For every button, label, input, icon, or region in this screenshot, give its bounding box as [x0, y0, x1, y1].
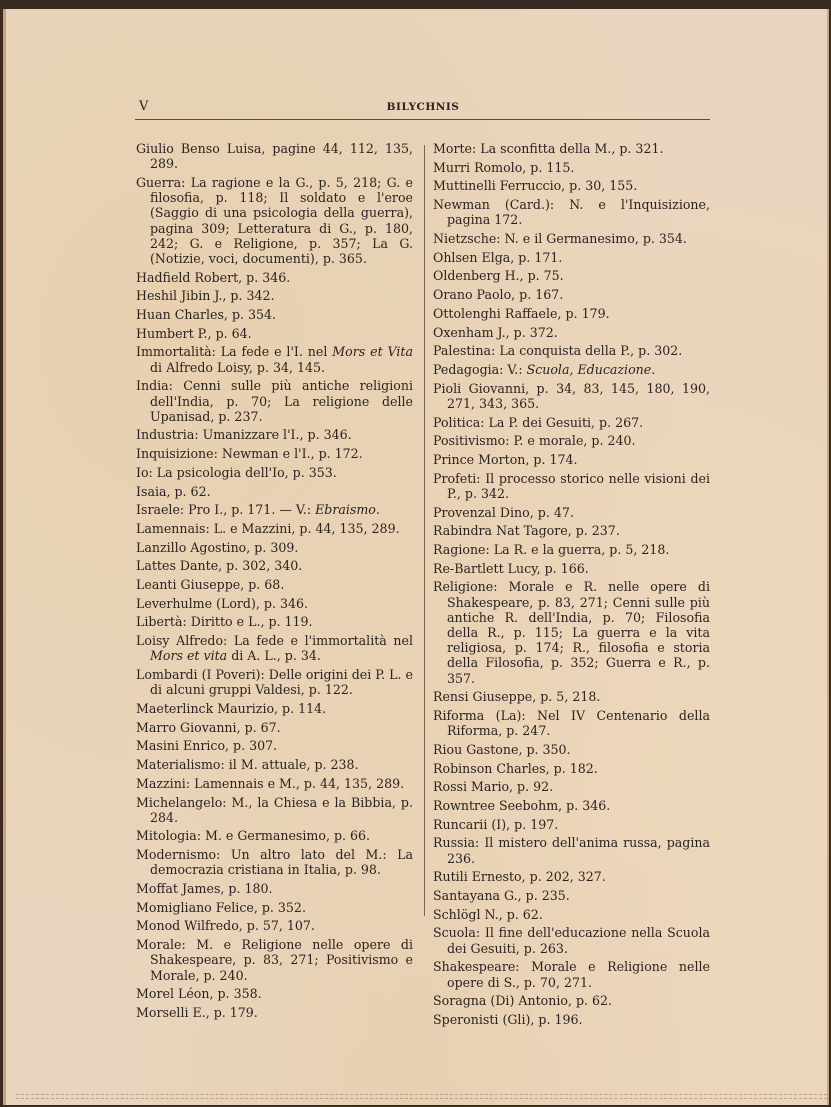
entry-text: Santayana G., p. 235.: [433, 888, 570, 903]
index-entry: Positivismo: P. e morale, p. 240.: [433, 433, 710, 448]
entry-text: Profeti: Il processo storico nelle visio…: [433, 471, 710, 501]
entry-text: Libertà: Diritto e L., p. 119.: [136, 614, 313, 629]
entry-text: Soragna (Di) Antonio, p. 62.: [433, 993, 612, 1008]
entry-text: Industria: Umanizzare l'I., p. 346.: [136, 427, 352, 442]
index-entry: Religione: Morale e R. nelle opere di Sh…: [433, 579, 710, 685]
entry-text: Palestina: La conquista della P., p. 302…: [433, 343, 682, 358]
entry-text: Positivismo: P. e morale, p. 240.: [433, 433, 636, 448]
index-entry: Ottolenghi Raffaele, p. 179.: [433, 306, 710, 321]
entry-text: Oldenberg H., p. 75.: [433, 268, 564, 283]
column-divider: [424, 145, 425, 916]
index-entry: Riou Gastone, p. 350.: [433, 742, 710, 757]
index-entry: Rabindra Nat Tagore, p. 237.: [433, 523, 710, 538]
entry-text: Morselli E., p. 179.: [136, 1005, 258, 1020]
entry-text: Rutili Ernesto, p. 202, 327.: [433, 869, 606, 884]
entry-text: Re-Bartlett Lucy, p. 166.: [433, 561, 589, 576]
index-entry: Isaia, p. 62.: [136, 484, 413, 499]
entry-text: di A. L., p. 34.: [227, 648, 321, 663]
index-entry: Ohlsen Elga, p. 171.: [433, 250, 710, 265]
page-edge-bottom: [16, 1094, 827, 1099]
index-entry: Prince Morton, p. 174.: [433, 452, 710, 467]
entry-text: Humbert P., p. 64.: [136, 326, 252, 341]
index-entry: Monod Wilfredo, p. 57, 107.: [136, 918, 413, 933]
entry-text: Masini Enrico, p. 307.: [136, 738, 277, 753]
index-entry: Io: La psicologia dell'Io, p. 353.: [136, 465, 413, 480]
italic-title: Scuola, Educazione: [527, 362, 652, 377]
entry-text: Speronisti (Gli), p. 196.: [433, 1012, 583, 1027]
index-entry: Murri Romolo, p. 115.: [433, 160, 710, 175]
index-entry: Pedagogia: V.: Scuola, Educazione.: [433, 362, 710, 377]
header-rule: [135, 119, 710, 120]
index-column-right: Morte: La sconfitta della M., p. 321.Mur…: [433, 141, 710, 1031]
entry-text: Immortalità: La fede e l'I. nel: [136, 344, 332, 359]
entry-text: Rabindra Nat Tagore, p. 237.: [433, 523, 620, 538]
entry-text: Leverhulme (Lord), p. 346.: [136, 596, 308, 611]
index-entry: Modernismo: Un altro lato del M.: La dem…: [136, 847, 413, 877]
italic-title: Mors et Vita: [332, 344, 413, 359]
index-entry: Mitologia: M. e Germanesimo, p. 66.: [136, 828, 413, 843]
italic-title: Mors et vita: [150, 648, 227, 663]
entry-text: Modernismo: Un altro lato del M.: La dem…: [136, 847, 413, 877]
index-entry: Oldenberg H., p. 75.: [433, 268, 710, 283]
index-entry: Riforma (La): Nel IV Centenario della Ri…: [433, 708, 710, 738]
entry-text: Russia: Il mistero dell'anima russa, pag…: [433, 835, 710, 865]
entry-text: Momigliano Felice, p. 352.: [136, 900, 306, 915]
index-entry: Rutili Ernesto, p. 202, 327.: [433, 869, 710, 884]
entry-text: Politica: La P. dei Gesuiti, p. 267.: [433, 415, 643, 430]
index-entry: Israele: Pro I., p. 171. — V.: Ebraismo.: [136, 502, 413, 517]
index-entry: Soragna (Di) Antonio, p. 62.: [433, 993, 710, 1008]
index-entry: Re-Bartlett Lucy, p. 166.: [433, 561, 710, 576]
entry-text: Io: La psicologia dell'Io, p. 353.: [136, 465, 337, 480]
entry-text: .: [651, 362, 655, 377]
entry-text: Leanti Giuseppe, p. 68.: [136, 577, 284, 592]
entry-text: Ragione: La R. e la guerra, p. 5, 218.: [433, 542, 669, 557]
entry-text: Lamennais: L. e Mazzini, p. 44, 135, 289…: [136, 521, 400, 536]
index-entry: Industria: Umanizzare l'I., p. 346.: [136, 427, 413, 442]
entry-text: Robinson Charles, p. 182.: [433, 761, 598, 776]
index-entry: Morselli E., p. 179.: [136, 1005, 413, 1020]
index-entry: Morel Léon, p. 358.: [136, 986, 413, 1001]
index-entry: Loisy Alfredo: La fede e l'immortalità n…: [136, 633, 413, 663]
entry-text: Marro Giovanni, p. 67.: [136, 720, 281, 735]
entry-text: Morale: M. e Religione nelle opere di Sh…: [136, 937, 413, 982]
index-entry: Mazzini: Lamennais e M., p. 44, 135, 289…: [136, 776, 413, 791]
index-entry: Rensi Giuseppe, p. 5, 218.: [433, 689, 710, 704]
index-entry: Newman (Card.): N. e l'Inquisizione, pag…: [433, 197, 710, 227]
index-column-left: Giulio Benso Luisa, pagine 44, 112, 135,…: [136, 141, 413, 1024]
entry-text: Muttinelli Ferruccio, p. 30, 155.: [433, 178, 637, 193]
index-entry: Moffat James, p. 180.: [136, 881, 413, 896]
entry-text: Giulio Benso Luisa, pagine 44, 112, 135,…: [136, 141, 413, 171]
index-entry: Lattes Dante, p. 302, 340.: [136, 558, 413, 573]
entry-text: Inquisizione: Newman e l'I., p. 172.: [136, 446, 363, 461]
index-entry: Inquisizione: Newman e l'I., p. 172.: [136, 446, 413, 461]
entry-text: Heshil Jibin J., p. 342.: [136, 288, 275, 303]
entry-text: Huan Charles, p. 354.: [136, 307, 276, 322]
index-entry: Pioli Giovanni, p. 34, 83, 145, 180, 190…: [433, 381, 710, 411]
entry-text: Nietzsche: N. e il Germanesimo, p. 354.: [433, 231, 687, 246]
entry-text: Monod Wilfredo, p. 57, 107.: [136, 918, 315, 933]
index-entry: India: Cenni sulle più antiche religioni…: [136, 378, 413, 424]
index-entry: Maeterlinck Maurizio, p. 114.: [136, 701, 413, 716]
index-entry: Leverhulme (Lord), p. 346.: [136, 596, 413, 611]
index-entry: Lamennais: L. e Mazzini, p. 44, 135, 289…: [136, 521, 413, 536]
entry-text: Rossi Mario, p. 92.: [433, 779, 553, 794]
entry-text: Lombardi (I Poveri): Delle origini dei P…: [136, 667, 413, 697]
index-entry: Materialismo: il M. attuale, p. 238.: [136, 757, 413, 772]
entry-text: .: [376, 502, 380, 517]
index-entry: Humbert P., p. 64.: [136, 326, 413, 341]
index-entry: Marro Giovanni, p. 67.: [136, 720, 413, 735]
entry-text: India: Cenni sulle più antiche religioni…: [136, 378, 413, 423]
index-entry: Oxenham J., p. 372.: [433, 325, 710, 340]
index-entry: Rowntree Seebohm, p. 346.: [433, 798, 710, 813]
running-title: BILYCHNIS: [136, 101, 710, 113]
entry-text: Rensi Giuseppe, p. 5, 218.: [433, 689, 600, 704]
entry-text: Schlögl N., p. 62.: [433, 907, 543, 922]
index-entry: Profeti: Il processo storico nelle visio…: [433, 471, 710, 501]
entry-text: Ohlsen Elga, p. 171.: [433, 250, 562, 265]
index-entry: Robinson Charles, p. 182.: [433, 761, 710, 776]
index-entry: Huan Charles, p. 354.: [136, 307, 413, 322]
entry-text: Loisy Alfredo: La fede e l'immortalità n…: [136, 633, 413, 648]
index-entry: Speronisti (Gli), p. 196.: [433, 1012, 710, 1027]
entry-text: Ottolenghi Raffaele, p. 179.: [433, 306, 610, 321]
entry-text: Lanzillo Agostino, p. 309.: [136, 540, 298, 555]
index-entry: Nietzsche: N. e il Germanesimo, p. 354.: [433, 231, 710, 246]
index-entry: Ragione: La R. e la guerra, p. 5, 218.: [433, 542, 710, 557]
index-entry: Santayana G., p. 235.: [433, 888, 710, 903]
index-entry: Scuola: Il fine dell'educazione nella Sc…: [433, 925, 710, 955]
entry-text: Mazzini: Lamennais e M., p. 44, 135, 289…: [136, 776, 404, 791]
index-entry: Morale: M. e Religione nelle opere di Sh…: [136, 937, 413, 983]
entry-text: Newman (Card.): N. e l'Inquisizione, pag…: [433, 197, 710, 227]
entry-text: Israele: Pro I., p. 171. — V.:: [136, 502, 315, 517]
entry-text: Religione: Morale e R. nelle opere di Sh…: [433, 579, 710, 685]
index-entry: Shakespeare: Morale e Religione nelle op…: [433, 959, 710, 989]
entry-text: Morel Léon, p. 358.: [136, 986, 262, 1001]
index-entry: Rossi Mario, p. 92.: [433, 779, 710, 794]
index-entry: Leanti Giuseppe, p. 68.: [136, 577, 413, 592]
entry-text: Mitologia: M. e Germanesimo, p. 66.: [136, 828, 370, 843]
entry-text: Pedagogia: V.:: [433, 362, 527, 377]
entry-text: Materialismo: il M. attuale, p. 238.: [136, 757, 359, 772]
index-entry: Lombardi (I Poveri): Delle origini dei P…: [136, 667, 413, 697]
entry-text: Orano Paolo, p. 167.: [433, 287, 563, 302]
entry-text: Morte: La sconfitta della M., p. 321.: [433, 141, 663, 156]
entry-text: Shakespeare: Morale e Religione nelle op…: [433, 959, 710, 989]
index-entry: Runcarii (I), p. 197.: [433, 817, 710, 832]
index-entry: Masini Enrico, p. 307.: [136, 738, 413, 753]
index-entry: Momigliano Felice, p. 352.: [136, 900, 413, 915]
entry-text: Pioli Giovanni, p. 34, 83, 145, 180, 190…: [433, 381, 710, 411]
entry-text: Runcarii (I), p. 197.: [433, 817, 558, 832]
entry-text: Riou Gastone, p. 350.: [433, 742, 571, 757]
entry-text: Prince Morton, p. 174.: [433, 452, 578, 467]
index-entry: Lanzillo Agostino, p. 309.: [136, 540, 413, 555]
index-entry: Immortalità: La fede e l'I. nel Mors et …: [136, 344, 413, 374]
entry-text: Maeterlinck Maurizio, p. 114.: [136, 701, 326, 716]
index-entry: Guerra: La ragione e la G., p. 5, 218; G…: [136, 175, 413, 266]
index-entry: Heshil Jibin J., p. 342.: [136, 288, 413, 303]
entry-text: Scuola: Il fine dell'educazione nella Sc…: [433, 925, 710, 955]
index-entry: Giulio Benso Luisa, pagine 44, 112, 135,…: [136, 141, 413, 171]
entry-text: Hadfield Robert, p. 346.: [136, 270, 290, 285]
index-entry: Muttinelli Ferruccio, p. 30, 155.: [433, 178, 710, 193]
entry-text: Oxenham J., p. 372.: [433, 325, 558, 340]
index-entry: Libertà: Diritto e L., p. 119.: [136, 614, 413, 629]
index-entry: Hadfield Robert, p. 346.: [136, 270, 413, 285]
entry-text: Moffat James, p. 180.: [136, 881, 273, 896]
entry-text: Isaia, p. 62.: [136, 484, 211, 499]
index-entry: Morte: La sconfitta della M., p. 321.: [433, 141, 710, 156]
entry-text: Provenzal Dino, p. 47.: [433, 505, 574, 520]
italic-title: Ebraismo: [315, 502, 376, 517]
entry-text: Riforma (La): Nel IV Centenario della Ri…: [433, 708, 710, 738]
entry-text: di Alfredo Loisy, p. 34, 145.: [150, 360, 325, 375]
page-header: V BILYCHNIS: [136, 99, 710, 117]
entry-text: Lattes Dante, p. 302, 340.: [136, 558, 302, 573]
entry-text: Rowntree Seebohm, p. 346.: [433, 798, 610, 813]
index-entry: Palestina: La conquista della P., p. 302…: [433, 343, 710, 358]
index-entry: Michelangelo: M., la Chiesa e la Bibbia,…: [136, 795, 413, 825]
entry-text: Michelangelo: M., la Chiesa e la Bibbia,…: [136, 795, 413, 825]
index-entry: Orano Paolo, p. 167.: [433, 287, 710, 302]
index-entry: Russia: Il mistero dell'anima russa, pag…: [433, 835, 710, 865]
index-entry: Politica: La P. dei Gesuiti, p. 267.: [433, 415, 710, 430]
entry-text: Murri Romolo, p. 115.: [433, 160, 574, 175]
index-entry: Provenzal Dino, p. 47.: [433, 505, 710, 520]
entry-text: Guerra: La ragione e la G., p. 5, 218; G…: [136, 175, 413, 266]
index-entry: Schlögl N., p. 62.: [433, 907, 710, 922]
